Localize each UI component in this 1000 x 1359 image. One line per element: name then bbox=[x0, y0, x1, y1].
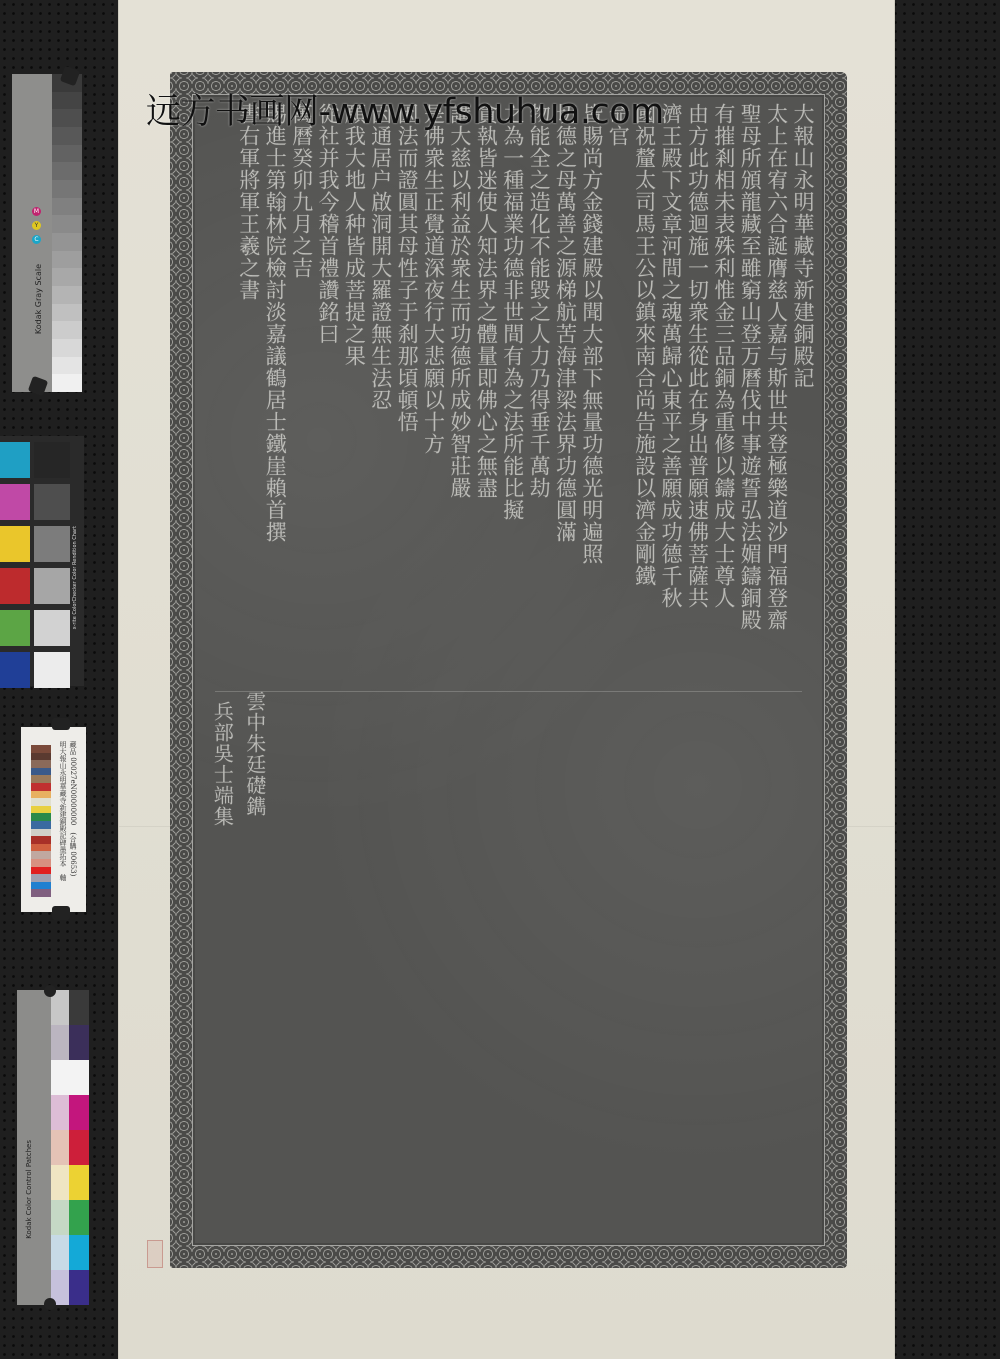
id-swatch bbox=[31, 753, 51, 761]
gray-patch bbox=[52, 357, 82, 375]
tape-tab-icon bbox=[52, 906, 70, 920]
gray-patch bbox=[52, 109, 82, 127]
id-swatch bbox=[31, 836, 51, 844]
gray-patch bbox=[52, 180, 82, 198]
control-patch bbox=[51, 1165, 69, 1200]
inscription-column: 是佛衆生正覺道深夜行大悲願以十方 bbox=[420, 103, 446, 1237]
id-swatch bbox=[31, 768, 51, 776]
inscription-column: 之為一種福業功德非世間有為之法所能比擬 bbox=[499, 103, 525, 1237]
inscription-column: 願我大地人种皆成菩提之果 bbox=[341, 103, 367, 1237]
gray-patch bbox=[52, 251, 82, 269]
magenta-dot-icon: M bbox=[32, 207, 41, 216]
inscription-field: 大報山永明華藏寺新建銅殿記太上在宥六合誕膺慈人嘉与斯世共登極樂道沙門福登齋聖母所… bbox=[192, 94, 825, 1246]
control-patch bbox=[51, 1060, 69, 1095]
signature-column: 雲中朱廷礎鐫 bbox=[241, 691, 267, 827]
inscription-title: 大報山永明華藏寺新建銅殿記 bbox=[790, 103, 816, 1237]
yellow-dot-icon: Y bbox=[32, 221, 41, 230]
color-swatch bbox=[0, 442, 30, 478]
gray-patch bbox=[52, 233, 82, 251]
id-swatch bbox=[31, 783, 51, 791]
control-patch bbox=[51, 1130, 69, 1165]
control-patch bbox=[51, 1200, 69, 1235]
color-swatch bbox=[34, 568, 70, 604]
control-patch bbox=[69, 1095, 89, 1130]
color-checker-swatches bbox=[0, 442, 70, 688]
control-patch bbox=[69, 1235, 89, 1270]
id-swatch bbox=[31, 851, 51, 859]
inscription-column: 講大慈以利益於衆生而功德所成妙智莊嚴 bbox=[447, 103, 473, 1237]
gray-scale-patches bbox=[52, 74, 82, 392]
inscription-column: 物能全之造化不能毀之人力乃得垂千萬劫 bbox=[526, 103, 552, 1237]
cyan-dot-icon: C bbox=[32, 235, 41, 244]
inscription-column: 命官 bbox=[605, 103, 631, 1237]
gray-patch bbox=[52, 286, 82, 304]
color-swatch bbox=[0, 526, 30, 562]
id-swatch bbox=[31, 844, 51, 852]
control-patch bbox=[69, 1130, 89, 1165]
color-checker-label: x-rite ColorChecker Color Rendition Char… bbox=[72, 526, 78, 629]
gray-patch bbox=[52, 162, 82, 180]
color-checker-chart: x-rite ColorChecker Color Rendition Char… bbox=[0, 436, 84, 686]
inscription-column: 皆賜尚方金錢建殿以聞大部下無量功德光明遍照 bbox=[578, 103, 604, 1237]
control-patch bbox=[69, 1165, 89, 1200]
collector-seal-icon bbox=[147, 1240, 163, 1268]
inscription-column: 太上在宥六合誕膺慈人嘉与斯世共登極樂道沙門福登齋 bbox=[763, 103, 789, 1237]
control-patch bbox=[69, 1025, 89, 1060]
gray-patch bbox=[52, 304, 82, 322]
color-swatch bbox=[34, 610, 70, 646]
gray-patch bbox=[52, 268, 82, 286]
color-swatch bbox=[0, 652, 30, 688]
control-patches-label: Kodak Color Control Patches bbox=[25, 1140, 33, 1239]
inscription-column: 書右軍將軍王羲之書 bbox=[235, 103, 261, 1237]
control-patch bbox=[69, 1270, 89, 1305]
id-target-text: 藏品 00027eN00000000 (合購 00653) 明大報山永明華藏寺新… bbox=[58, 741, 78, 881]
gray-scale-label: Kodak Gray Scale bbox=[34, 264, 43, 334]
color-swatch bbox=[34, 484, 70, 520]
control-patches-light bbox=[51, 990, 69, 1305]
id-swatch bbox=[31, 760, 51, 768]
inscription-column: 由方此功德迴施一切衆生從此在身出普願速佛菩薩共 bbox=[684, 103, 710, 1237]
id-swatch bbox=[31, 821, 51, 829]
id-swatch bbox=[31, 829, 51, 837]
id-swatch bbox=[31, 775, 51, 783]
color-swatch bbox=[0, 484, 30, 520]
gray-patch bbox=[52, 198, 82, 216]
inscription-column: 國祝釐太司馬王公以鎮來南合尚告施設以濟金剛鐵 bbox=[631, 103, 657, 1237]
control-patch bbox=[51, 1025, 69, 1060]
inscription-column: 因通居户啟洞開大羅證無生法忍 bbox=[367, 103, 393, 1237]
inscription-column: 賜進士第翰林院檢討淡嘉議鶴居士鐵崖賴首撰 bbox=[262, 103, 288, 1237]
id-target-swatches bbox=[31, 745, 51, 897]
control-patch bbox=[69, 1060, 89, 1095]
color-swatch bbox=[34, 442, 70, 478]
gray-patch bbox=[52, 92, 82, 110]
control-patch bbox=[51, 1235, 69, 1270]
id-swatch bbox=[31, 791, 51, 799]
stele-rubbing: 大報山永明華藏寺新建銅殿記太上在宥六合誕膺慈人嘉与斯世共登極樂道沙門福登齋聖母所… bbox=[170, 72, 847, 1268]
watermark-text: 远方书画网-www.yfshuhua.com bbox=[146, 84, 664, 134]
id-swatch bbox=[31, 798, 51, 806]
inscription-column: 濟王殿下文章河間之魂萬歸心東平之善願成功德千秋 bbox=[658, 103, 684, 1237]
id-swatch bbox=[31, 882, 51, 890]
id-swatch bbox=[31, 889, 51, 897]
gray-patch bbox=[52, 374, 82, 392]
id-swatch bbox=[31, 859, 51, 867]
gray-patch bbox=[52, 215, 82, 233]
id-swatch bbox=[31, 813, 51, 821]
kodak-color-control-patches: Kodak Color Control Patches bbox=[17, 990, 89, 1305]
inscription-column: 聖母所頒龍藏至雖窮山登万曆伐中事遊誓弘法媚鑄銅殿 bbox=[737, 103, 763, 1237]
collection-id-target: 藏品 00027eN00000000 (合購 00653) 明大報山永明華藏寺新… bbox=[21, 727, 86, 912]
engraver-signature: 雲中朱廷礎鐫 兵部吳士端集 bbox=[209, 691, 268, 827]
inscription-column: 有摧剎相未表殊利惟金三品銅為重修以鑄成大士尊人 bbox=[710, 103, 736, 1237]
inscription-column: 貪執皆迷使人知法界之體量即佛心之無盡 bbox=[473, 103, 499, 1237]
gray-patch bbox=[52, 145, 82, 163]
color-swatch bbox=[0, 610, 30, 646]
kodak-gray-scale: Kodak Gray Scale M Y C bbox=[12, 74, 82, 392]
control-patch bbox=[51, 1095, 69, 1130]
color-swatch bbox=[0, 568, 30, 604]
id-swatch bbox=[31, 867, 51, 875]
id-swatch bbox=[31, 806, 51, 814]
inscription-column: 萬曆癸卯九月之吉 bbox=[288, 103, 314, 1237]
color-swatch bbox=[34, 526, 70, 562]
inscription-column: 因法而證圓其母性子于刹那頃頓悟 bbox=[394, 103, 420, 1237]
control-patch bbox=[69, 990, 89, 1025]
inscription-column: 切德之母萬善之源梯航苦海津梁法界功德圓滿 bbox=[552, 103, 578, 1237]
inscription-columns: 大報山永明華藏寺新建銅殿記太上在宥六合誕膺慈人嘉与斯世共登極樂道沙門福登齋聖母所… bbox=[201, 103, 816, 1237]
gray-patch bbox=[52, 127, 82, 145]
gray-patch bbox=[52, 321, 82, 339]
control-patches-dark bbox=[69, 990, 89, 1305]
control-patch bbox=[69, 1200, 89, 1235]
id-swatch bbox=[31, 745, 51, 753]
color-swatch bbox=[34, 652, 70, 688]
inscription-column: 從社并我今稽首禮讚銘曰 bbox=[315, 103, 341, 1237]
gray-scale-label-strip bbox=[12, 74, 52, 392]
id-swatch bbox=[31, 874, 51, 882]
tape-tab-icon bbox=[52, 718, 70, 730]
gray-patch bbox=[52, 339, 82, 357]
signature-column: 兵部吳士端集 bbox=[209, 701, 235, 827]
